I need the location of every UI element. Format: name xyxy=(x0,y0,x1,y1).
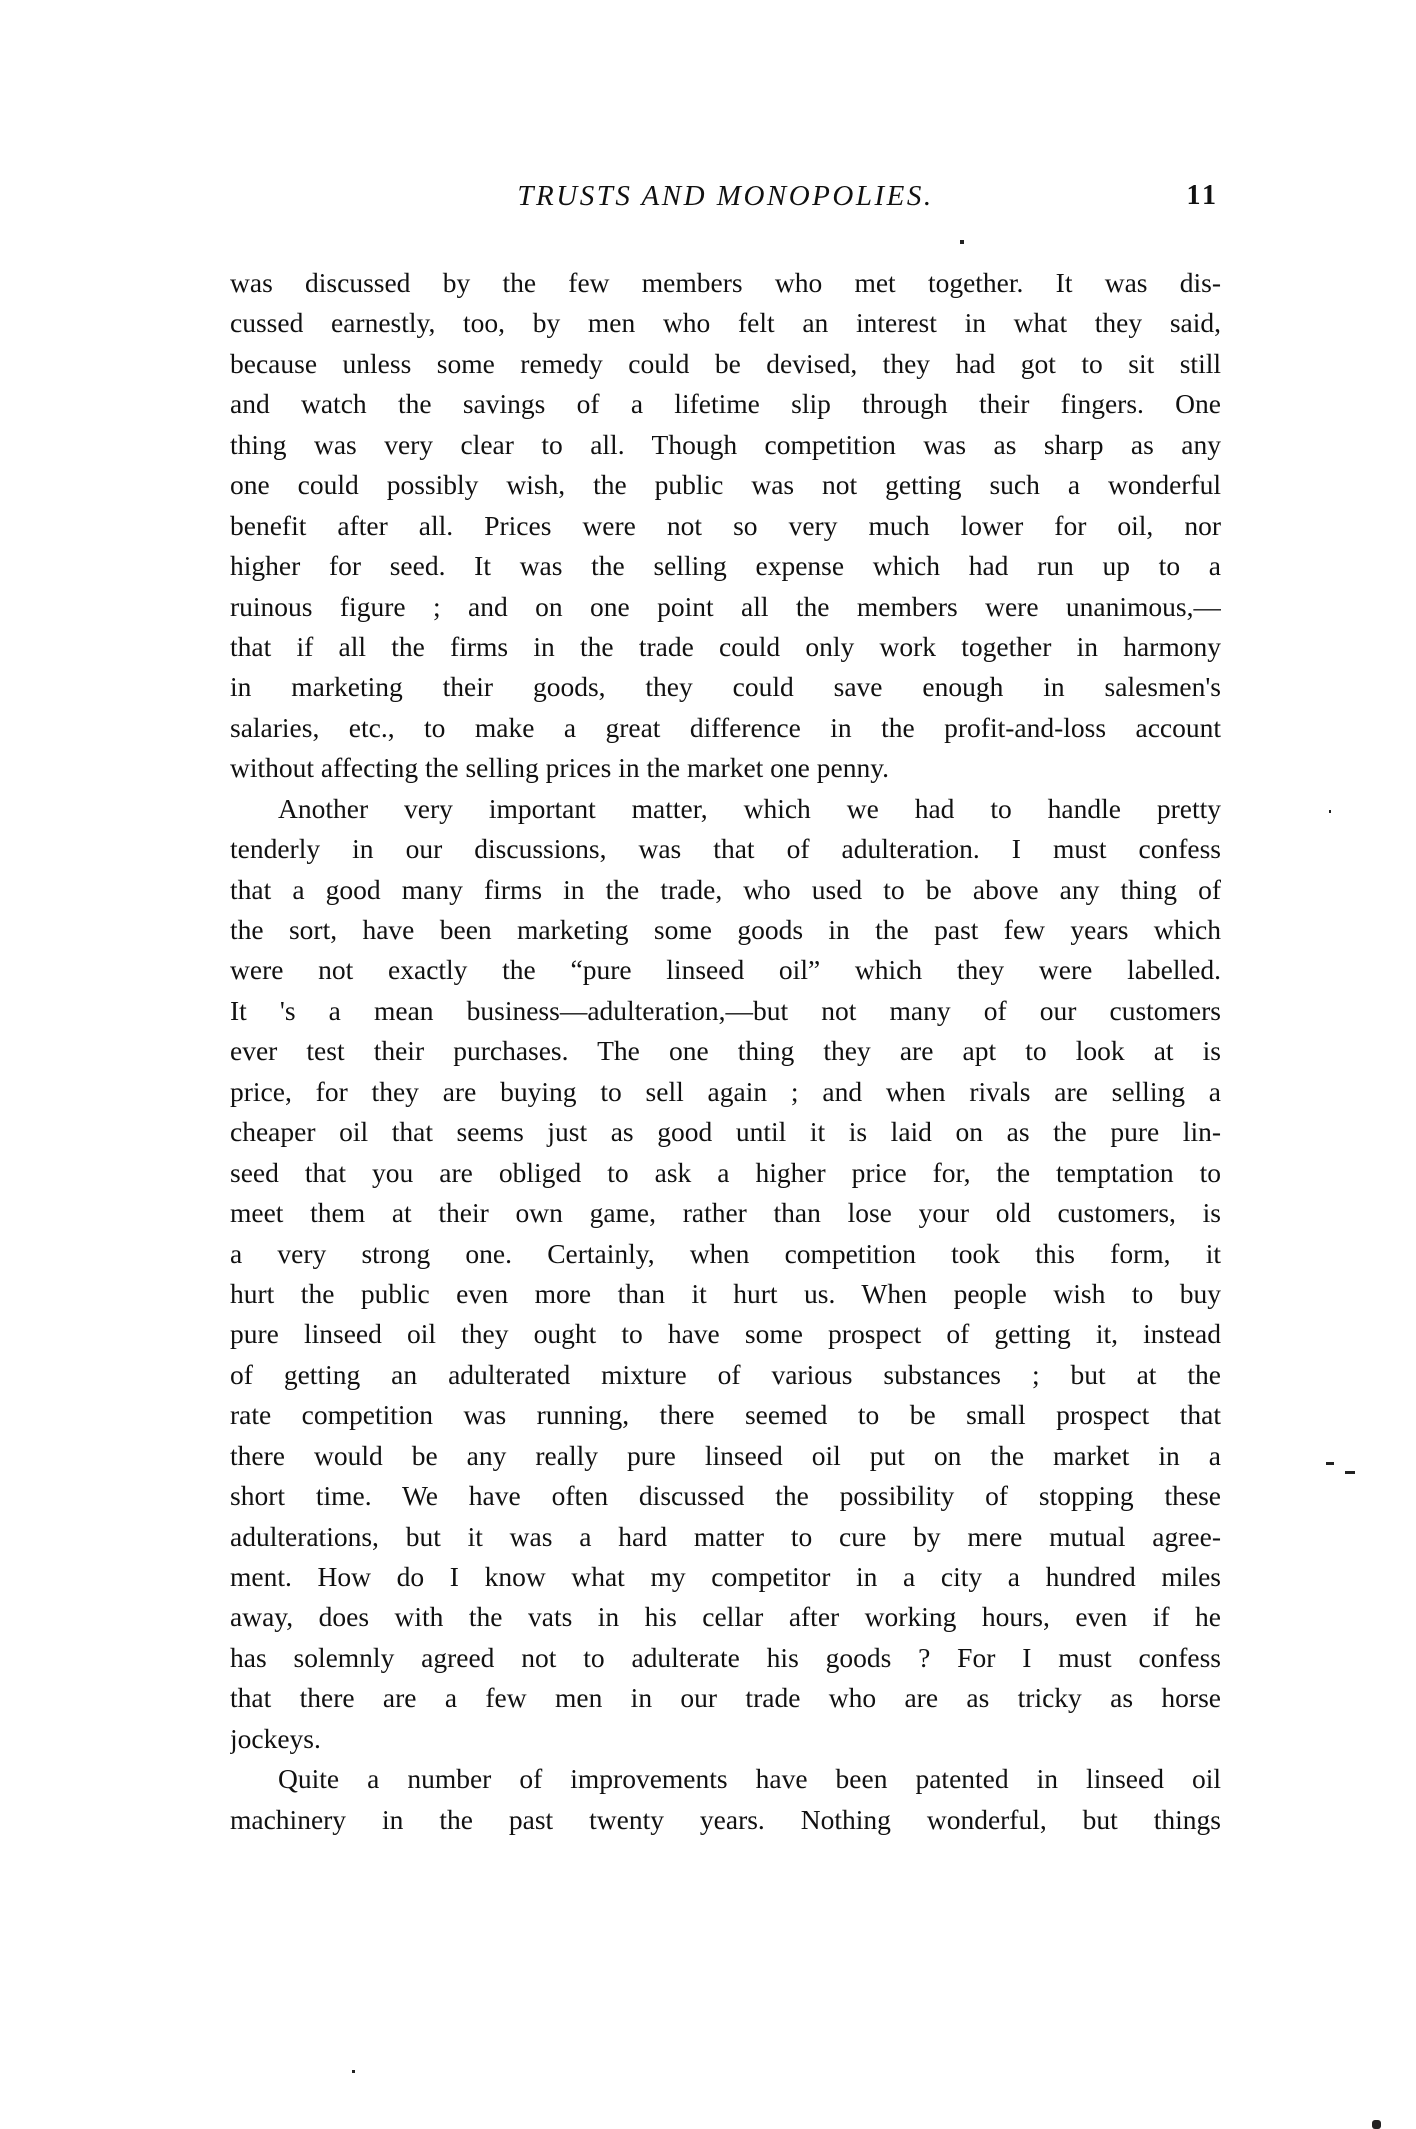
text-line: cheaper oil that seems just as good unti… xyxy=(230,1112,1221,1152)
scan-speck xyxy=(1326,1462,1334,1465)
paragraph-2: Another very important matter, which we … xyxy=(230,789,1221,1760)
text-line: ment. How do I know what my competitor i… xyxy=(230,1557,1221,1597)
text-line: and watch the savings of a lifetime slip… xyxy=(230,384,1221,424)
scan-speck xyxy=(1329,810,1331,813)
text-line: Another very important matter, which we … xyxy=(230,789,1221,829)
text-line: hurt the public even more than it hurt u… xyxy=(230,1274,1221,1314)
text-line: ruinous figure ; and on one point all th… xyxy=(230,587,1221,627)
text-line: salaries, etc., to make a great differen… xyxy=(230,708,1221,748)
text-line: ever test their purchases. The one thing… xyxy=(230,1031,1221,1071)
text-line: in marketing their goods, they could sav… xyxy=(230,667,1221,707)
text-line: that there are a few men in our trade wh… xyxy=(230,1678,1221,1718)
text-line: It 's a mean business—adulteration,—but … xyxy=(230,991,1221,1031)
text-line: adulterations, but it was a hard matter … xyxy=(230,1517,1221,1557)
scan-speck xyxy=(1372,2120,1381,2129)
text-line: without affecting the selling prices in … xyxy=(230,748,1221,788)
text-line: was discussed by the few members who met… xyxy=(230,263,1221,303)
text-line: tenderly in our discussions, was that of… xyxy=(230,829,1221,869)
text-line: were not exactly the “pure linseed oil” … xyxy=(230,950,1221,990)
text-line: jockeys. xyxy=(230,1719,1221,1759)
text-line: pure linseed oil they ought to have some… xyxy=(230,1314,1221,1354)
text-line: has solemnly agreed not to adulterate hi… xyxy=(230,1638,1221,1678)
page-number: 11 xyxy=(1187,176,1219,216)
paragraph-1: was discussed by the few members who met… xyxy=(230,263,1221,789)
text-line: thing was very clear to all. Though comp… xyxy=(230,425,1221,465)
text-line: because unless some remedy could be devi… xyxy=(230,344,1221,384)
text-line: one could possibly wish, the public was … xyxy=(230,465,1221,505)
text-line: cussed earnestly, too, by men who felt a… xyxy=(230,303,1221,343)
text-line: the sort, have been marketing some goods… xyxy=(230,910,1221,950)
running-title: TRUSTS AND MONOPOLIES. xyxy=(230,176,1221,216)
scan-speck xyxy=(1345,1471,1355,1474)
text-line: rate competition was running, there seem… xyxy=(230,1395,1221,1435)
running-header: TRUSTS AND MONOPOLIES. 11 xyxy=(230,176,1221,216)
text-line: Quite a number of improvements have been… xyxy=(230,1759,1221,1799)
book-page: TRUSTS AND MONOPOLIES. 11 was discussed … xyxy=(0,0,1416,2129)
paragraph-3: Quite a number of improvements have been… xyxy=(230,1759,1221,1840)
text-line: higher for seed. It was the selling expe… xyxy=(230,546,1221,586)
text-line: benefit after all. Prices were not so ve… xyxy=(230,506,1221,546)
text-line: price, for they are buying to sell again… xyxy=(230,1072,1221,1112)
text-line: away, does with the vats in his cellar a… xyxy=(230,1597,1221,1637)
text-line: that a good many firms in the trade, who… xyxy=(230,870,1221,910)
scan-speck xyxy=(352,2070,355,2073)
text-line: there would be any really pure linseed o… xyxy=(230,1436,1221,1476)
header-dot-mark xyxy=(960,240,964,244)
text-line: of getting an adulterated mixture of var… xyxy=(230,1355,1221,1395)
text-line: meet them at their own game, rather than… xyxy=(230,1193,1221,1233)
text-line: short time. We have often discussed the … xyxy=(230,1476,1221,1516)
text-line: a very strong one. Certainly, when compe… xyxy=(230,1234,1221,1274)
text-line: seed that you are obliged to ask a highe… xyxy=(230,1153,1221,1193)
text-line: machinery in the past twenty years. Noth… xyxy=(230,1800,1221,1840)
text-line: that if all the firms in the trade could… xyxy=(230,627,1221,667)
body-text: was discussed by the few members who met… xyxy=(230,263,1221,1840)
